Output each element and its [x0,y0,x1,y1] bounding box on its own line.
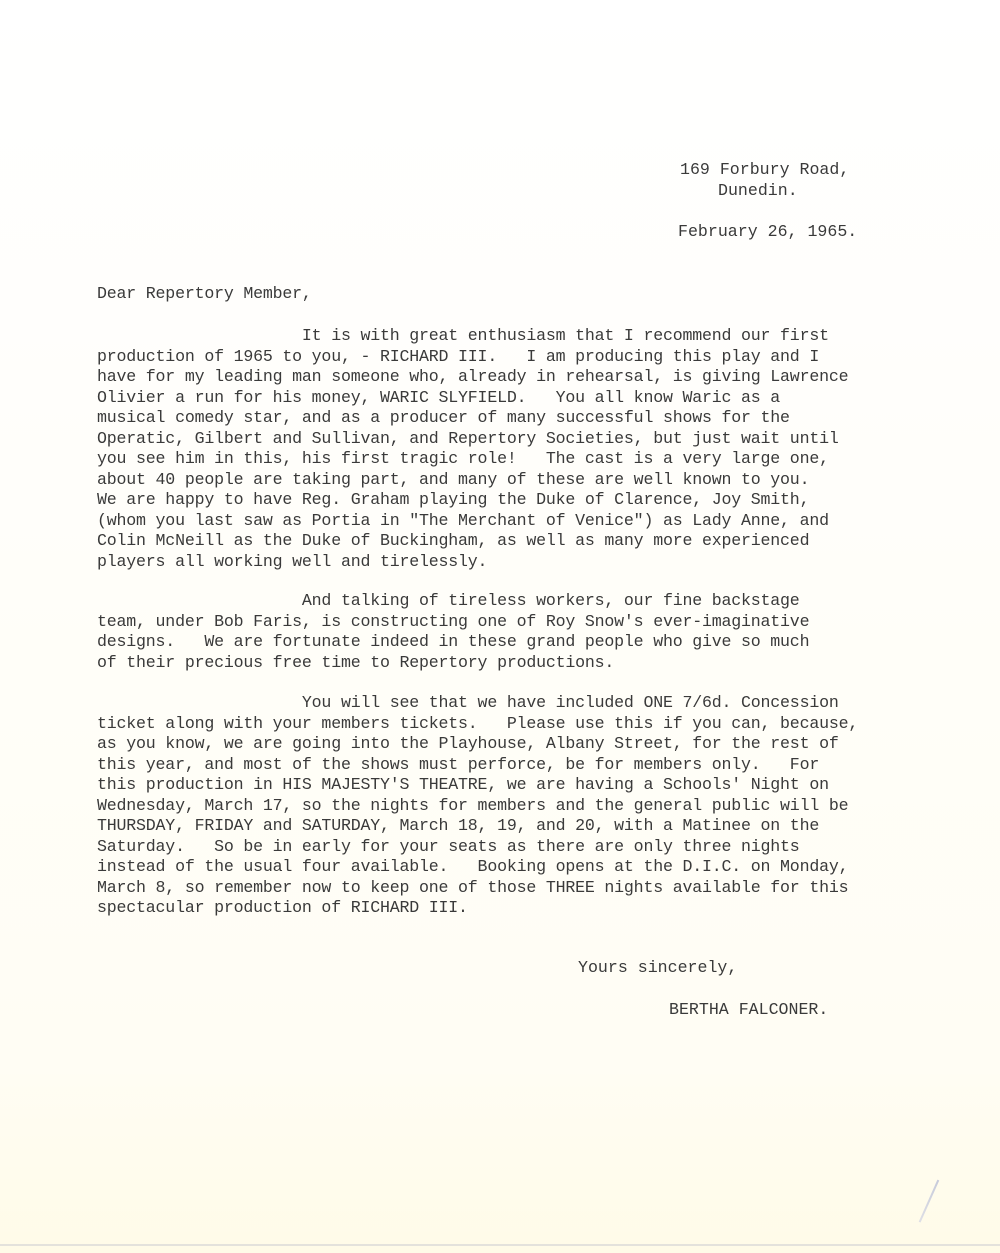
paragraph-1-line: have for my leading man someone who, alr… [97,367,848,387]
address-line-2: Dunedin. [718,181,798,201]
paragraph-1-line: production of 1965 to you, - RICHARD III… [97,347,819,367]
page-edge [0,1244,1000,1246]
letter-date: February 26, 1965. [678,222,857,242]
paragraph-1-line: It is with great enthusiasm that I recom… [97,326,829,346]
paragraph-1-line: Colin McNeill as the Duke of Buckingham,… [97,531,809,551]
paragraph-1-line: We are happy to have Reg. Graham playing… [97,490,809,510]
paragraph-3-line: this production in HIS MAJESTY'S THEATRE… [97,775,829,795]
paragraph-3-line: Wednesday, March 17, so the nights for m… [97,796,848,816]
paragraph-1-line: you see him in this, his first tragic ro… [97,449,829,469]
paragraph-3-line: THURSDAY, FRIDAY and SATURDAY, March 18,… [97,816,819,836]
address-line-1: 169 Forbury Road, [680,160,849,180]
paragraph-1-line: (whom you last saw as Portia in "The Mer… [97,511,829,531]
paragraph-1-line: players all working well and tirelessly. [97,552,487,572]
pen-mark [919,1180,939,1223]
paragraph-2-line: And talking of tireless workers, our fin… [97,591,800,611]
paragraph-3-line: You will see that we have included ONE 7… [97,693,839,713]
paragraph-3-line: as you know, we are going into the Playh… [97,734,839,754]
paragraph-3-line: this year, and most of the shows must pe… [97,755,819,775]
paragraph-1-line: musical comedy star, and as a producer o… [97,408,790,428]
paragraph-1-line: about 40 people are taking part, and man… [97,470,809,490]
paragraph-3-line: instead of the usual four available. Boo… [97,857,848,877]
paragraph-3-line: ticket along with your members tickets. … [97,714,858,734]
paragraph-2-line: of their precious free time to Repertory… [97,653,614,673]
signature: BERTHA FALCONER. [669,1000,828,1020]
closing: Yours sincerely, [578,958,737,978]
paragraph-3-line: March 8, so remember now to keep one of … [97,878,848,898]
salutation: Dear Repertory Member, [97,284,312,304]
paragraph-2-line: team, under Bob Faris, is constructing o… [97,612,809,632]
paragraph-1-line: Olivier a run for his money, WARIC SLYFI… [97,388,780,408]
paragraph-3-line: Saturday. So be in early for your seats … [97,837,800,857]
paragraph-1-line: Operatic, Gilbert and Sullivan, and Repe… [97,429,839,449]
paragraph-2-line: designs. We are fortunate indeed in thes… [97,632,809,652]
letter-page: 169 Forbury Road, Dunedin. February 26, … [0,0,1000,1253]
paragraph-3-line: spectacular production of RICHARD III. [97,898,468,918]
